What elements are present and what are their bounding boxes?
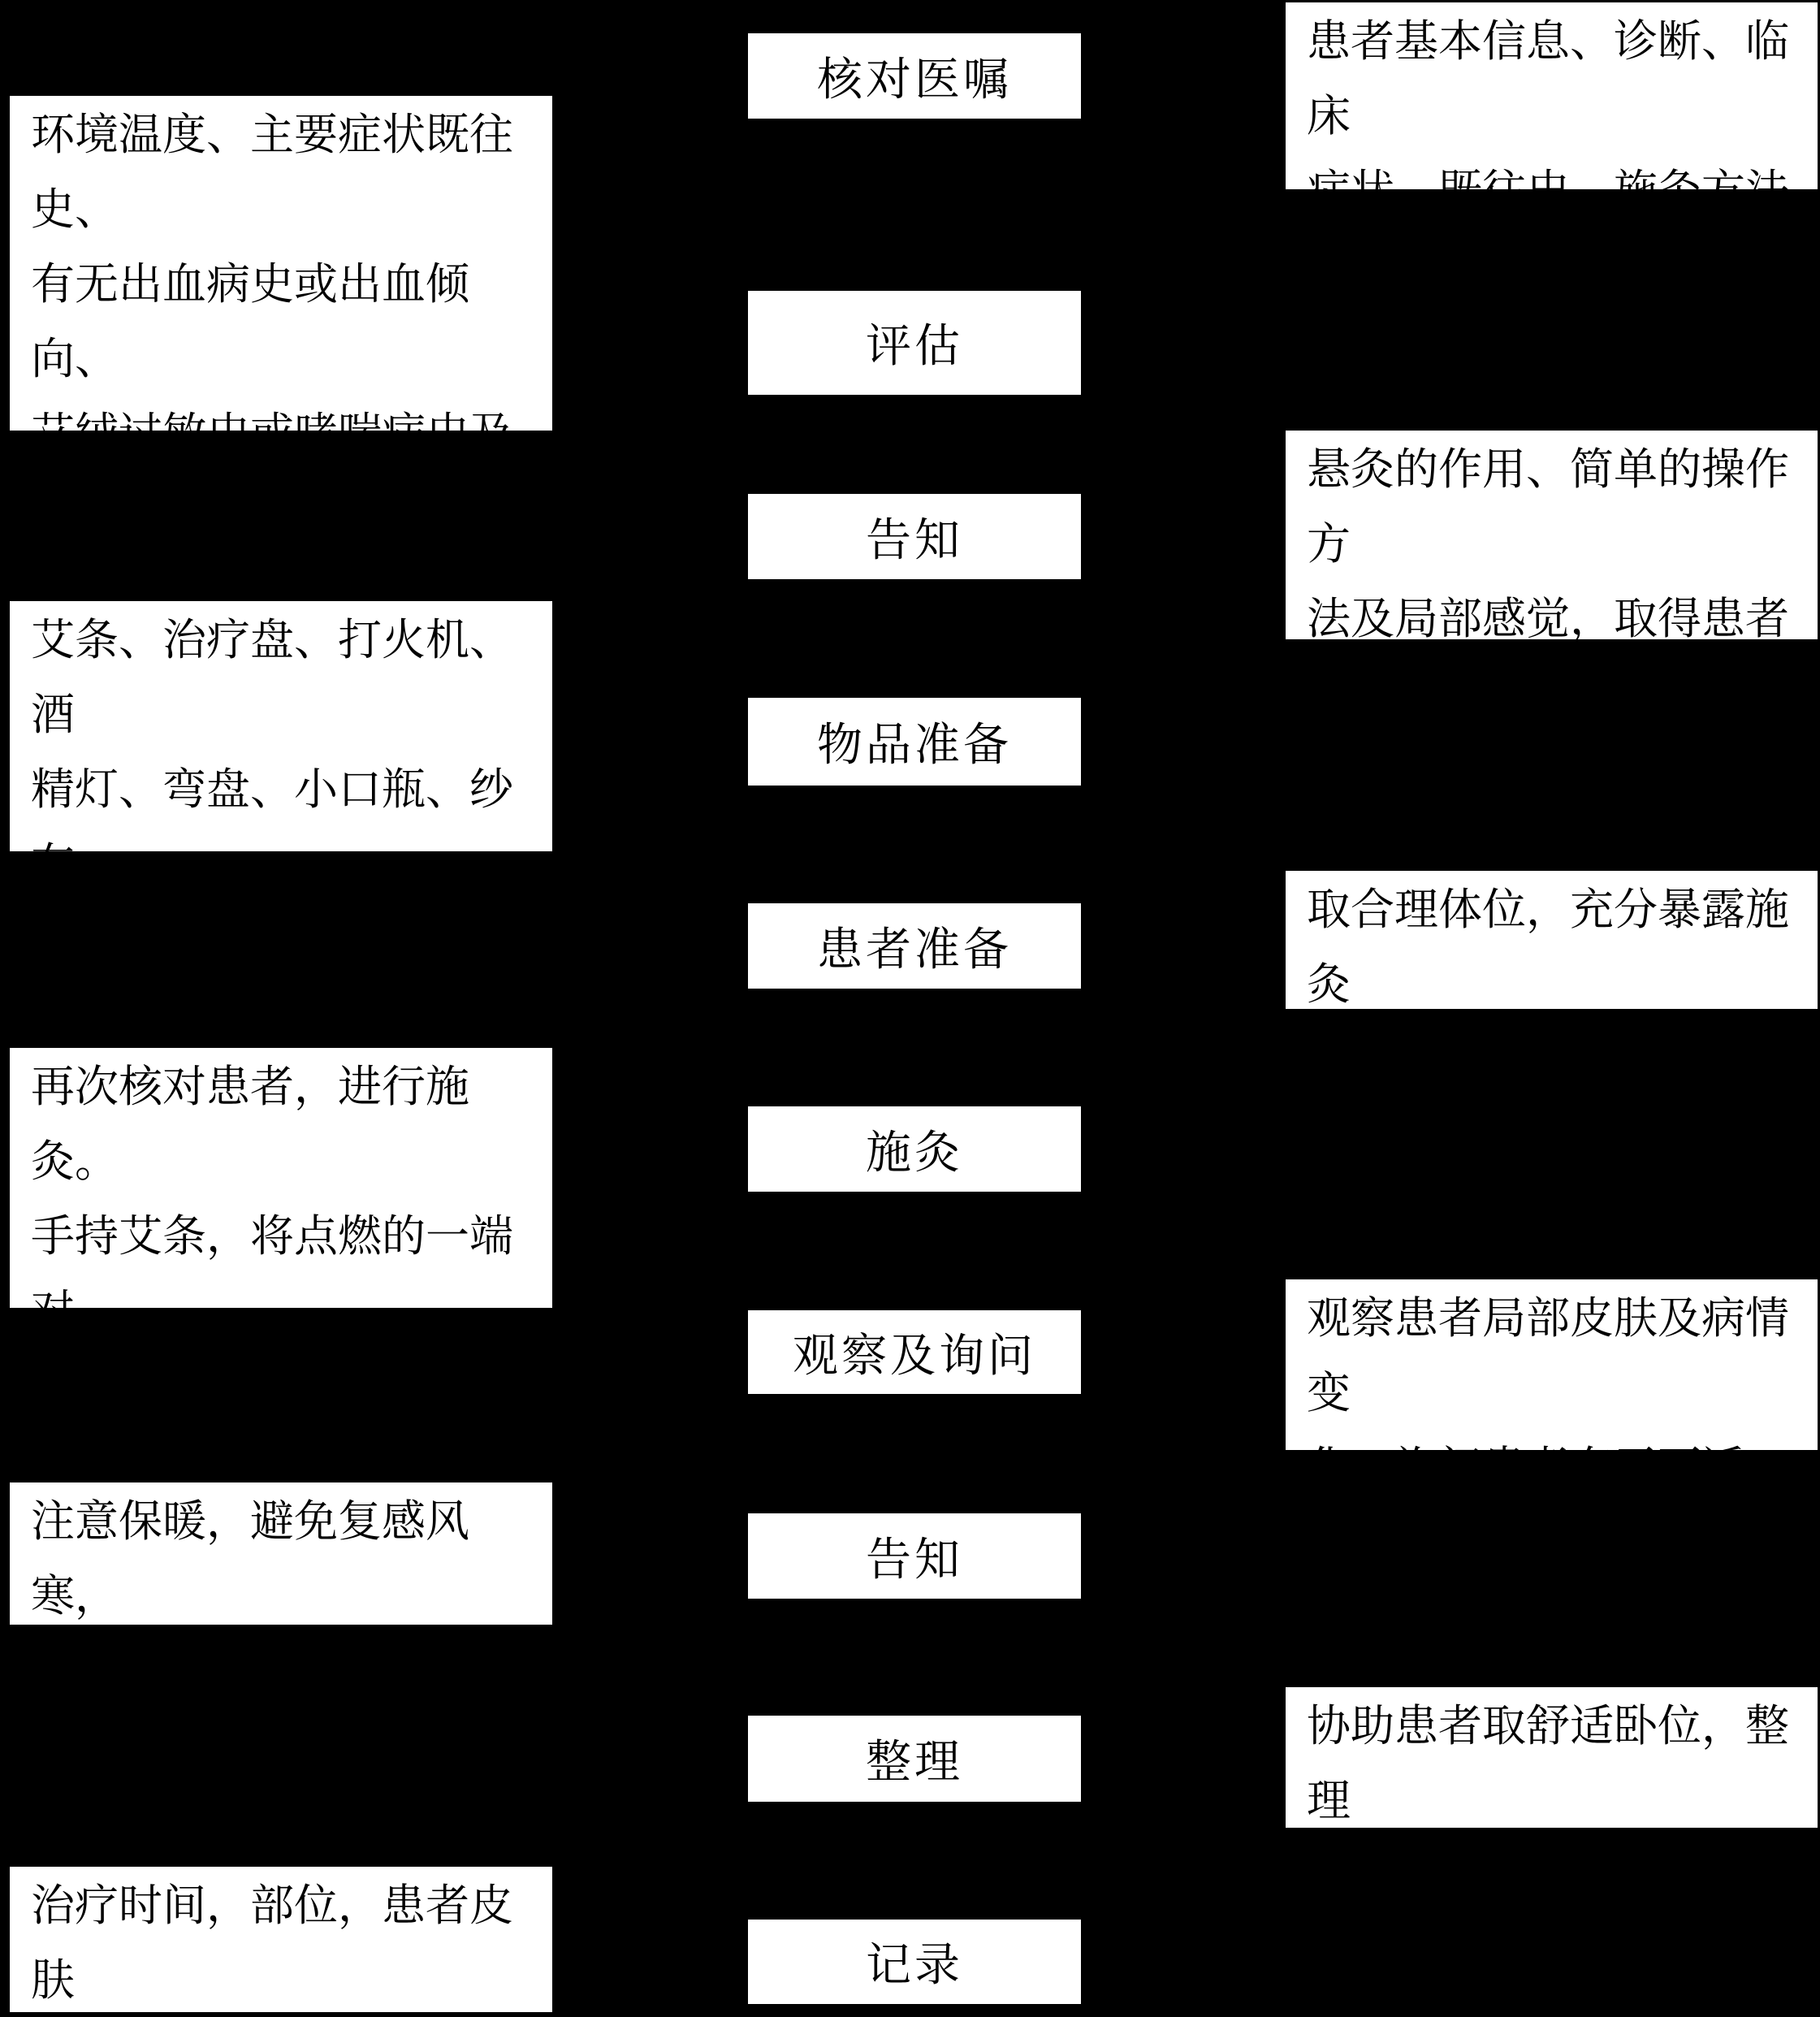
step-observe-inquire: 观察及询问 — [748, 1310, 1081, 1394]
note-patient-info: 患者基本信息、诊断、临床 症状、既往史、施灸方法及 穴位 — [1286, 2, 1818, 189]
note-patient-position: 取合理体位，充分暴露施灸 部位，注意保暖 — [1286, 871, 1818, 1009]
note-record-content: 治疗时间，部位，患者皮肤 情况 — [10, 1867, 552, 2012]
note-assessment-content: 环境温度、主要症状既往史、 有无出血病史或出血倾向、 艾绒过敏史或哮喘病史及是 … — [10, 96, 552, 431]
note-supplies-list: 艾条、治疗盘、打火机、酒 精灯、弯盘、小口瓶、纱布、 计时器、必要时备浴巾及屏 … — [10, 601, 552, 851]
step-tidy-up: 整理 — [748, 1716, 1081, 1802]
step-check-orders: 核对医嘱 — [748, 33, 1081, 119]
step-prepare-items: 物品准备 — [748, 698, 1081, 786]
note-moxibustion-procedure: 再次核对患者，进行施灸。 手持艾条，将点燃的一端对 准施灸穴位，随时弹去艾灰， … — [10, 1048, 552, 1308]
note-explain-cooperate: 悬灸的作用、简单的操作方 法及局部感觉，取得患者合 作，嘱患者排空二便 — [1286, 431, 1818, 639]
note-aftercare-advice: 注意保暖，避免复感风寒， 饮食清淡 — [10, 1482, 552, 1625]
moxibustion-procedure-flowchart: 环境温度、主要症状既往史、 有无出血病史或出血倾向、 艾绒过敏史或哮喘病史及是 … — [0, 0, 1820, 2017]
step-inform: 告知 — [748, 494, 1081, 579]
step-apply-moxa: 施灸 — [748, 1106, 1081, 1192]
note-tidy-detail: 协助患者取舒适卧位，整理 床单位、处理用物 — [1286, 1687, 1818, 1828]
note-observe-detail: 观察患者局部皮肤及病情变 化，询问患者有无不适 — [1286, 1279, 1818, 1450]
step-prepare-patient: 患者准备 — [748, 903, 1081, 989]
step-inform-after: 告知 — [748, 1513, 1081, 1599]
step-assess: 评估 — [748, 291, 1081, 395]
step-record: 记录 — [748, 1920, 1081, 2004]
